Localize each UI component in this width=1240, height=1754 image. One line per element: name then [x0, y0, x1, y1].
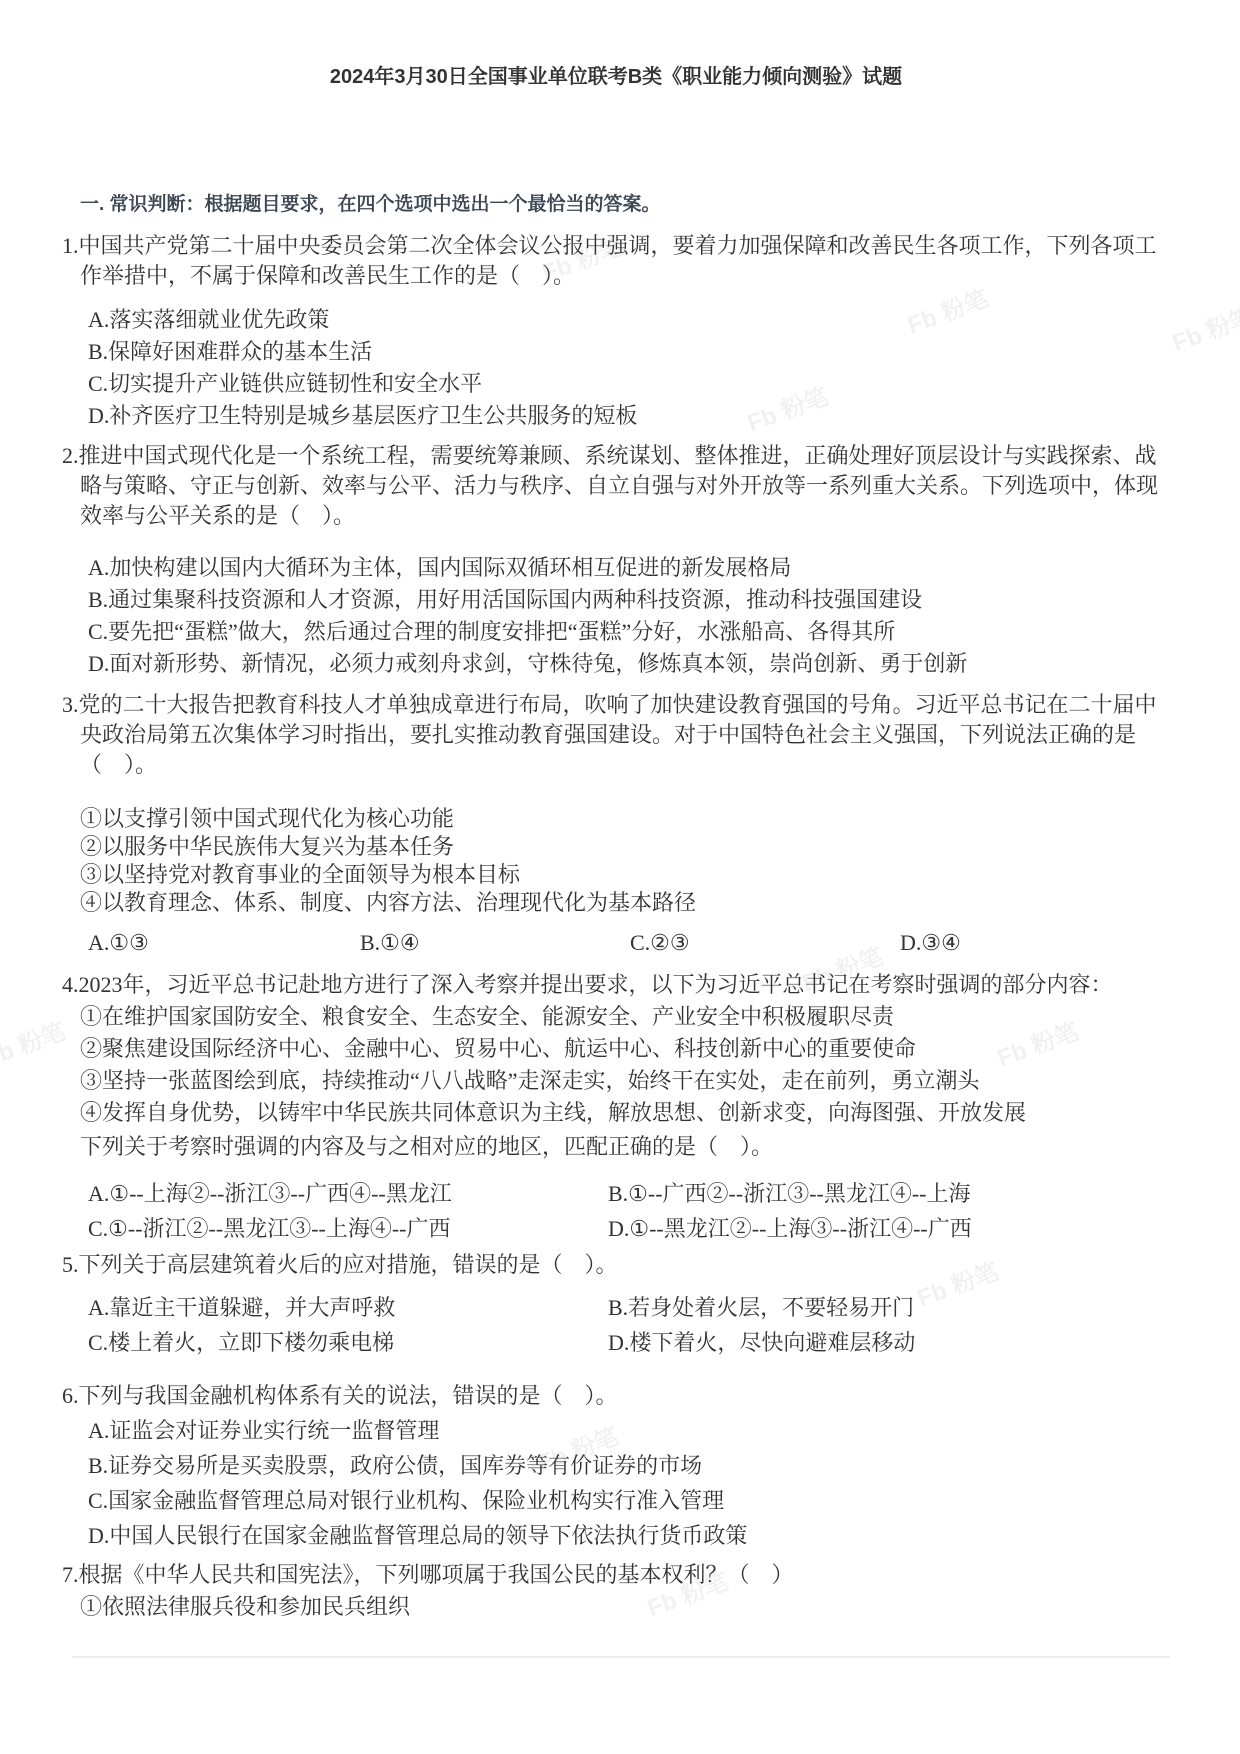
options-list: A.落实落细就业优先政策 B.保障好困难群众的基本生活 C.切实提升产业链供应链… — [88, 304, 1170, 432]
option-d: D.补齐医疗卫生特别是城乡基层医疗卫生公共服务的短板 — [88, 400, 1170, 432]
question-number: 1. — [62, 233, 79, 258]
option-c: C.②③ — [630, 929, 900, 957]
option-a: A.落实落细就业优先政策 — [88, 304, 1170, 336]
option-b: B.证券交易所是买卖股票，政府公债，国库券等有价证券的市场 — [88, 1448, 1170, 1483]
options-list: A.加快构建以国内大循环为主体，国内国际双循环相互促进的新发展格局 B.通过集聚… — [88, 552, 1170, 680]
question-number: 4. — [62, 972, 79, 997]
options-row: A.①③ B.①④ C.②③ D.③④ — [88, 929, 1170, 957]
statement-list: ①在维护国家国防安全、粮食安全、生态安全、能源安全、产业安全中积极履职尽责 ②聚… — [80, 1001, 1170, 1129]
question-7: 7.根据《中华人民共和国宪法》，下列哪项属于我国公民的基本权利？（ ） ①依照法… — [62, 1560, 1170, 1623]
question-number: 6. — [62, 1383, 79, 1408]
statement-list: ①以支撑引领中国式现代化为核心功能 ②以服务中华民族伟大复兴为基本任务 ③以坚持… — [80, 805, 1170, 917]
question-number: 5. — [62, 1252, 79, 1277]
option-c: C.①--浙江②--黑龙江③--上海④--广西 — [88, 1211, 608, 1246]
options-list: A.证监会对证券业实行统一监督管理 B.证券交易所是买卖股票，政府公债，国库券等… — [88, 1413, 1170, 1553]
option-b: B.通过集聚科技资源和人才资源，用好用活国际国内两种科技资源，推动科技强国建设 — [88, 584, 1170, 616]
option-c: C.楼上着火，立即下楼勿乘电梯 — [88, 1325, 608, 1360]
option-a: A.①③ — [88, 929, 360, 957]
question-number: 2. — [62, 443, 79, 468]
question-stem: 6.下列与我国金融机构体系有关的说法，错误的是（ ）。 — [62, 1381, 1170, 1411]
page-title: 2024年3月30日全国事业单位联考B类《职业能力倾向测验》试题 — [62, 62, 1170, 92]
question-stem: 2.推进中国式现代化是一个系统工程，需要统筹兼顾、系统谋划、整体推进，正确处理好… — [62, 441, 1170, 531]
question-stem-text: 2023年，习近平总书记赴地方进行了深入考察并提出要求，以下为习近平总书记在考察… — [79, 972, 1113, 997]
question-tail: 下列关于考察时强调的内容及与之相对应的地区，匹配正确的是（ ）。 — [80, 1132, 1170, 1162]
question-1: 1.中国共产党第二十届中央委员会第二次全体会议公报中强调，要着力加强保障和改善民… — [62, 231, 1170, 432]
question-6: 6.下列与我国金融机构体系有关的说法，错误的是（ ）。 A.证监会对证券业实行统… — [62, 1381, 1170, 1553]
option-a: A.①--上海②--浙江③--广西④--黑龙江 — [88, 1176, 608, 1211]
option-c: C.国家金融监督管理总局对银行业机构、保险业机构实行准入管理 — [88, 1483, 1170, 1518]
exam-page: 2024年3月30日全国事业单位联考B类《职业能力倾向测验》试题 一. 常识判断… — [0, 0, 1240, 1658]
question-number: 3. — [62, 692, 79, 717]
option-d: D.①--黑龙江②--上海③--浙江④--广西 — [608, 1211, 1170, 1246]
option-d: D.楼下着火，尽快向避难层移动 — [608, 1325, 1170, 1360]
question-stem-text: 下列关于高层建筑着火后的应对措施，错误的是（ ）。 — [79, 1252, 618, 1277]
page-divider — [72, 1656, 1170, 1658]
statement-4: ④以教育理念、体系、制度、内容方法、治理现代化为基本路径 — [80, 889, 1170, 917]
option-b: B.①--广西②--浙江③--黑龙江④--上海 — [608, 1176, 1170, 1211]
question-stem: 7.根据《中华人民共和国宪法》，下列哪项属于我国公民的基本权利？（ ） — [62, 1560, 1170, 1590]
question-stem-text: 下列与我国金融机构体系有关的说法，错误的是（ ）。 — [79, 1383, 618, 1408]
question-stem: 5.下列关于高层建筑着火后的应对措施，错误的是（ ）。 — [62, 1250, 1170, 1280]
question-stem: 3.党的二十大报告把教育科技人才单独成章进行布局，吹响了加快建设教育强国的号角。… — [62, 690, 1170, 780]
question-stem: 4.2023年，习近平总书记赴地方进行了深入考察并提出要求，以下为习近平总书记在… — [62, 970, 1170, 1000]
option-a: A.证监会对证券业实行统一监督管理 — [88, 1413, 1170, 1448]
statement-1: ①以支撑引领中国式现代化为核心功能 — [80, 805, 1170, 833]
question-2: 2.推进中国式现代化是一个系统工程，需要统筹兼顾、系统谋划、整体推进，正确处理好… — [62, 441, 1170, 680]
option-b: B.若身处着火层，不要轻易开门 — [608, 1290, 1170, 1325]
option-d: D.③④ — [900, 929, 1170, 957]
statement-2: ②聚焦建设国际经济中心、金融中心、贸易中心、航运中心、科技创新中心的重要使命 — [80, 1033, 1170, 1065]
question-stem-text: 中国共产党第二十届中央委员会第二次全体会议公报中强调，要着力加强保障和改善民生各… — [79, 233, 1157, 288]
statement-1: ①依照法律服兵役和参加民兵组织 — [80, 1591, 1170, 1623]
option-c: C.切实提升产业链供应链韧性和安全水平 — [88, 368, 1170, 400]
statement-2: ②以服务中华民族伟大复兴为基本任务 — [80, 833, 1170, 861]
question-stem-text: 党的二十大报告把教育科技人才单独成章进行布局，吹响了加快建设教育强国的号角。习近… — [79, 692, 1157, 777]
statement-list: ①依照法律服兵役和参加民兵组织 — [80, 1591, 1170, 1623]
option-b: B.①④ — [360, 929, 630, 957]
question-3: 3.党的二十大报告把教育科技人才单独成章进行布局，吹响了加快建设教育强国的号角。… — [62, 690, 1170, 957]
options-grid: A.①--上海②--浙江③--广西④--黑龙江 B.①--广西②--浙江③--黑… — [88, 1176, 1170, 1246]
section-heading: 一. 常识判断：根据题目要求，在四个选项中选出一个最恰当的答案。 — [80, 191, 1170, 219]
option-d: D.面对新形势、新情况，必须力戒刻舟求剑，守株待兔，修炼真本领，崇尚创新、勇于创… — [88, 648, 1170, 680]
question-5: 5.下列关于高层建筑着火后的应对措施，错误的是（ ）。 A.靠近主干道躲避，并大… — [62, 1250, 1170, 1360]
statement-3: ③坚持一张蓝图绘到底，持续推动“八八战略”走深走实，始终干在实处，走在前列，勇立… — [80, 1065, 1170, 1097]
option-c: C.要先把“蛋糕”做大，然后通过合理的制度安排把“蛋糕”分好，水涨船高、各得其所 — [88, 616, 1170, 648]
option-d: D.中国人民银行在国家金融监督管理总局的领导下依法执行货币政策 — [88, 1518, 1170, 1553]
statement-3: ③以坚持党对教育事业的全面领导为根本目标 — [80, 861, 1170, 889]
options-grid: A.靠近主干道躲避，并大声呼救 B.若身处着火层，不要轻易开门 C.楼上着火，立… — [88, 1290, 1170, 1360]
statement-1: ①在维护国家国防安全、粮食安全、生态安全、能源安全、产业安全中积极履职尽责 — [80, 1001, 1170, 1033]
question-stem-text: 推进中国式现代化是一个系统工程，需要统筹兼顾、系统谋划、整体推进，正确处理好顶层… — [79, 443, 1159, 528]
option-a: A.靠近主干道躲避，并大声呼救 — [88, 1290, 608, 1325]
question-stem: 1.中国共产党第二十届中央委员会第二次全体会议公报中强调，要着力加强保障和改善民… — [62, 231, 1170, 291]
statement-4: ④发挥自身优势，以铸牢中华民族共同体意识为主线，解放思想、创新求变，向海图强、开… — [80, 1097, 1170, 1129]
question-number: 7. — [62, 1562, 79, 1587]
question-4: 4.2023年，习近平总书记赴地方进行了深入考察并提出要求，以下为习近平总书记在… — [62, 970, 1170, 1246]
question-stem-text: 根据《中华人民共和国宪法》，下列哪项属于我国公民的基本权利？（ ） — [79, 1562, 794, 1587]
option-b: B.保障好困难群众的基本生活 — [88, 336, 1170, 368]
option-a: A.加快构建以国内大循环为主体，国内国际双循环相互促进的新发展格局 — [88, 552, 1170, 584]
